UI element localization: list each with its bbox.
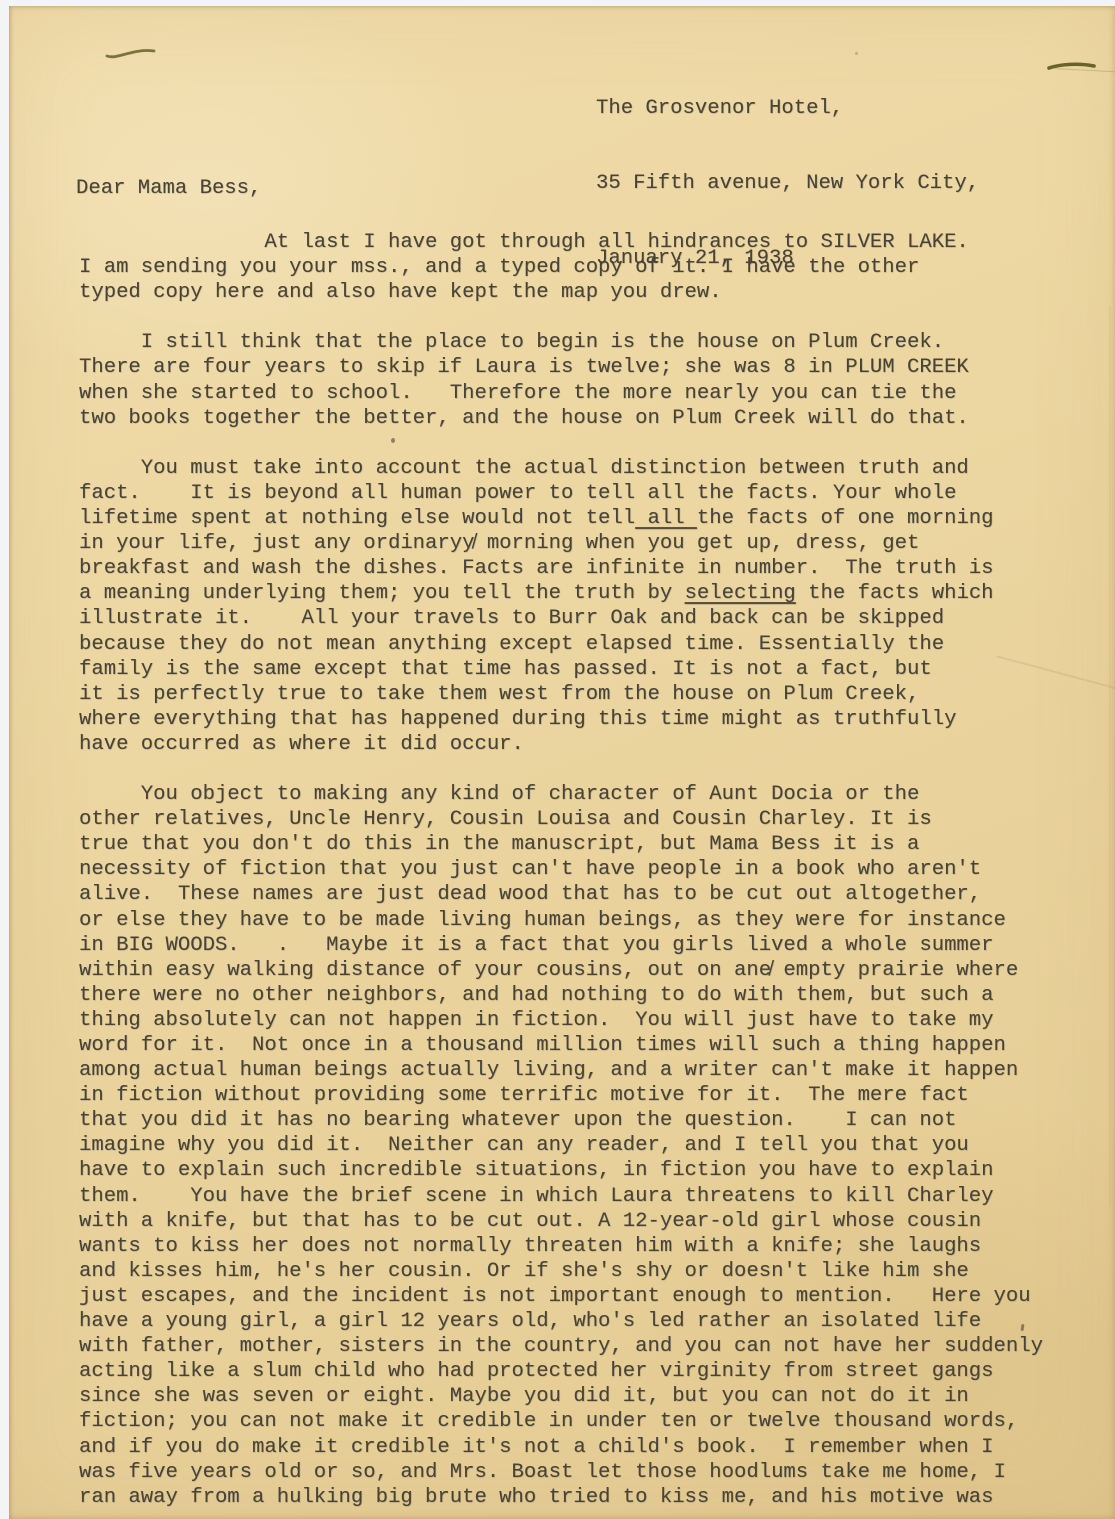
typed-line: word for it. Not once in a thousand mill… — [79, 1033, 1043, 1058]
pen-mark-top-right — [1047, 59, 1097, 73]
typed-line: within easy walking distance of your cou… — [79, 958, 1043, 983]
text-segment: the facts of one morning — [697, 507, 994, 530]
typed-line: I still think that the place to begin is… — [79, 330, 1043, 355]
typed-line: You must take into account the actual di… — [79, 456, 1043, 481]
typed-line: thing absolutely can not happen in ficti… — [79, 1008, 1043, 1033]
typed-line: family is the same except that time has … — [79, 657, 1043, 682]
typed-line: was five years old or so, and Mrs. Boast… — [79, 1460, 1043, 1485]
typed-line: have occurred as where it did occur. — [79, 732, 1043, 757]
typed-line: and if you do make it credible it's not … — [79, 1435, 1043, 1460]
typed-line: with a knife, but that has to be cut out… — [79, 1209, 1043, 1234]
typed-line: that you did it has no bearing whatever … — [79, 1108, 1043, 1133]
typed-line: ran away from a hulking big brute who tr… — [79, 1485, 1043, 1510]
typed-line: when she started to school. Therefore th… — [79, 381, 1043, 406]
typed-line: necessity of fiction that you just can't… — [79, 857, 1043, 882]
letter-body: At last I have got through all hindrance… — [79, 230, 1043, 1510]
typed-line: there were no other neighbors, and had n… — [79, 983, 1043, 1008]
typed-line: with father, mother, sisters in the coun… — [79, 1334, 1043, 1359]
typed-line: illustrate it. All your travels to Burr … — [79, 606, 1043, 631]
typed-line: in fiction without providing some terrif… — [79, 1083, 1043, 1108]
letter-page: The Grosvenor Hotel, 35 Fifth avenue, Ne… — [9, 6, 1115, 1519]
typed-line: two books together the better, and the h… — [79, 406, 1043, 431]
header-line-hotel: The Grosvenor Hotel, — [596, 94, 979, 123]
typed-line: or else they have to be made living huma… — [79, 908, 1043, 933]
typed-line: in BIG WOODS. . Maybe it is a fact that … — [79, 933, 1043, 958]
typed-line: and kisses him, he's her cousin. Or if s… — [79, 1259, 1043, 1284]
typed-line: typed copy here and also have kept the m… — [79, 280, 1043, 305]
typed-line: because they do not mean anything except… — [79, 632, 1043, 657]
typed-line: At last I have got through all hindrance… — [79, 230, 1043, 255]
typed-line: it is perfectly true to take them west f… — [79, 682, 1043, 707]
typed-line: alive. These names are just dead wood th… — [79, 882, 1043, 907]
text-segment: the facts which — [796, 582, 994, 605]
typed-line: I am sending you your mss., and a typed … — [79, 255, 1043, 280]
blank-line — [79, 431, 1043, 456]
typed-line: other relatives, Uncle Henry, Cousin Lou… — [79, 807, 1043, 832]
pen-mark-top-left — [105, 44, 157, 62]
typed-line: true that you don't do this in the manus… — [79, 832, 1043, 857]
typed-line: have to explain such incredible situatio… — [79, 1158, 1043, 1183]
text-segment: lifetime spent at nothing else would not… — [79, 507, 635, 530]
typed-line: a meaning underlying them; you tell the … — [79, 581, 1043, 606]
typed-line: acting like a slum child who had protect… — [79, 1359, 1043, 1384]
typed-line: There are four years to skip if Laura is… — [79, 355, 1043, 380]
salutation: Dear Mama Bess, — [76, 176, 261, 202]
blank-line — [79, 757, 1043, 782]
typed-line: in your life, just any ordinaryy̸ mornin… — [79, 531, 1043, 556]
typed-line: among actual human beings actually livin… — [79, 1058, 1043, 1083]
typed-line: lifetime spent at nothing else would not… — [79, 506, 1043, 531]
underlined-text: selecting — [685, 582, 796, 605]
blank-line — [79, 305, 1043, 330]
typed-line: since she was seven or eight. Maybe you … — [79, 1384, 1043, 1409]
typed-line: fact. It is beyond all human power to te… — [79, 481, 1043, 506]
typed-line: them. You have the brief scene in which … — [79, 1184, 1043, 1209]
typed-line: You object to making any kind of charact… — [79, 782, 1043, 807]
typed-line: fiction; you can not make it credible in… — [79, 1409, 1043, 1434]
text-segment: a meaning underlying them; you tell the … — [79, 582, 685, 605]
typed-line: breakfast and wash the dishes. Facts are… — [79, 556, 1043, 581]
paper-crease — [1109, 306, 1111, 1206]
typed-line: wants to kiss her does not normally thre… — [79, 1234, 1043, 1259]
scanned-letter-screenshot: { "page": { "background_color": "#f3f5f4… — [0, 0, 1115, 1519]
typed-line: where everything that has happened durin… — [79, 707, 1043, 732]
header-line-address: 35 Fifth avenue, New York City, — [596, 169, 979, 198]
typed-line: imagine why you did it. Neither can any … — [79, 1133, 1043, 1158]
underlined-text: all — [635, 507, 697, 530]
typed-line: just escapes, and the incident is not im… — [79, 1284, 1043, 1309]
typed-line: have a young girl, a girl 12 years old, … — [79, 1309, 1043, 1334]
